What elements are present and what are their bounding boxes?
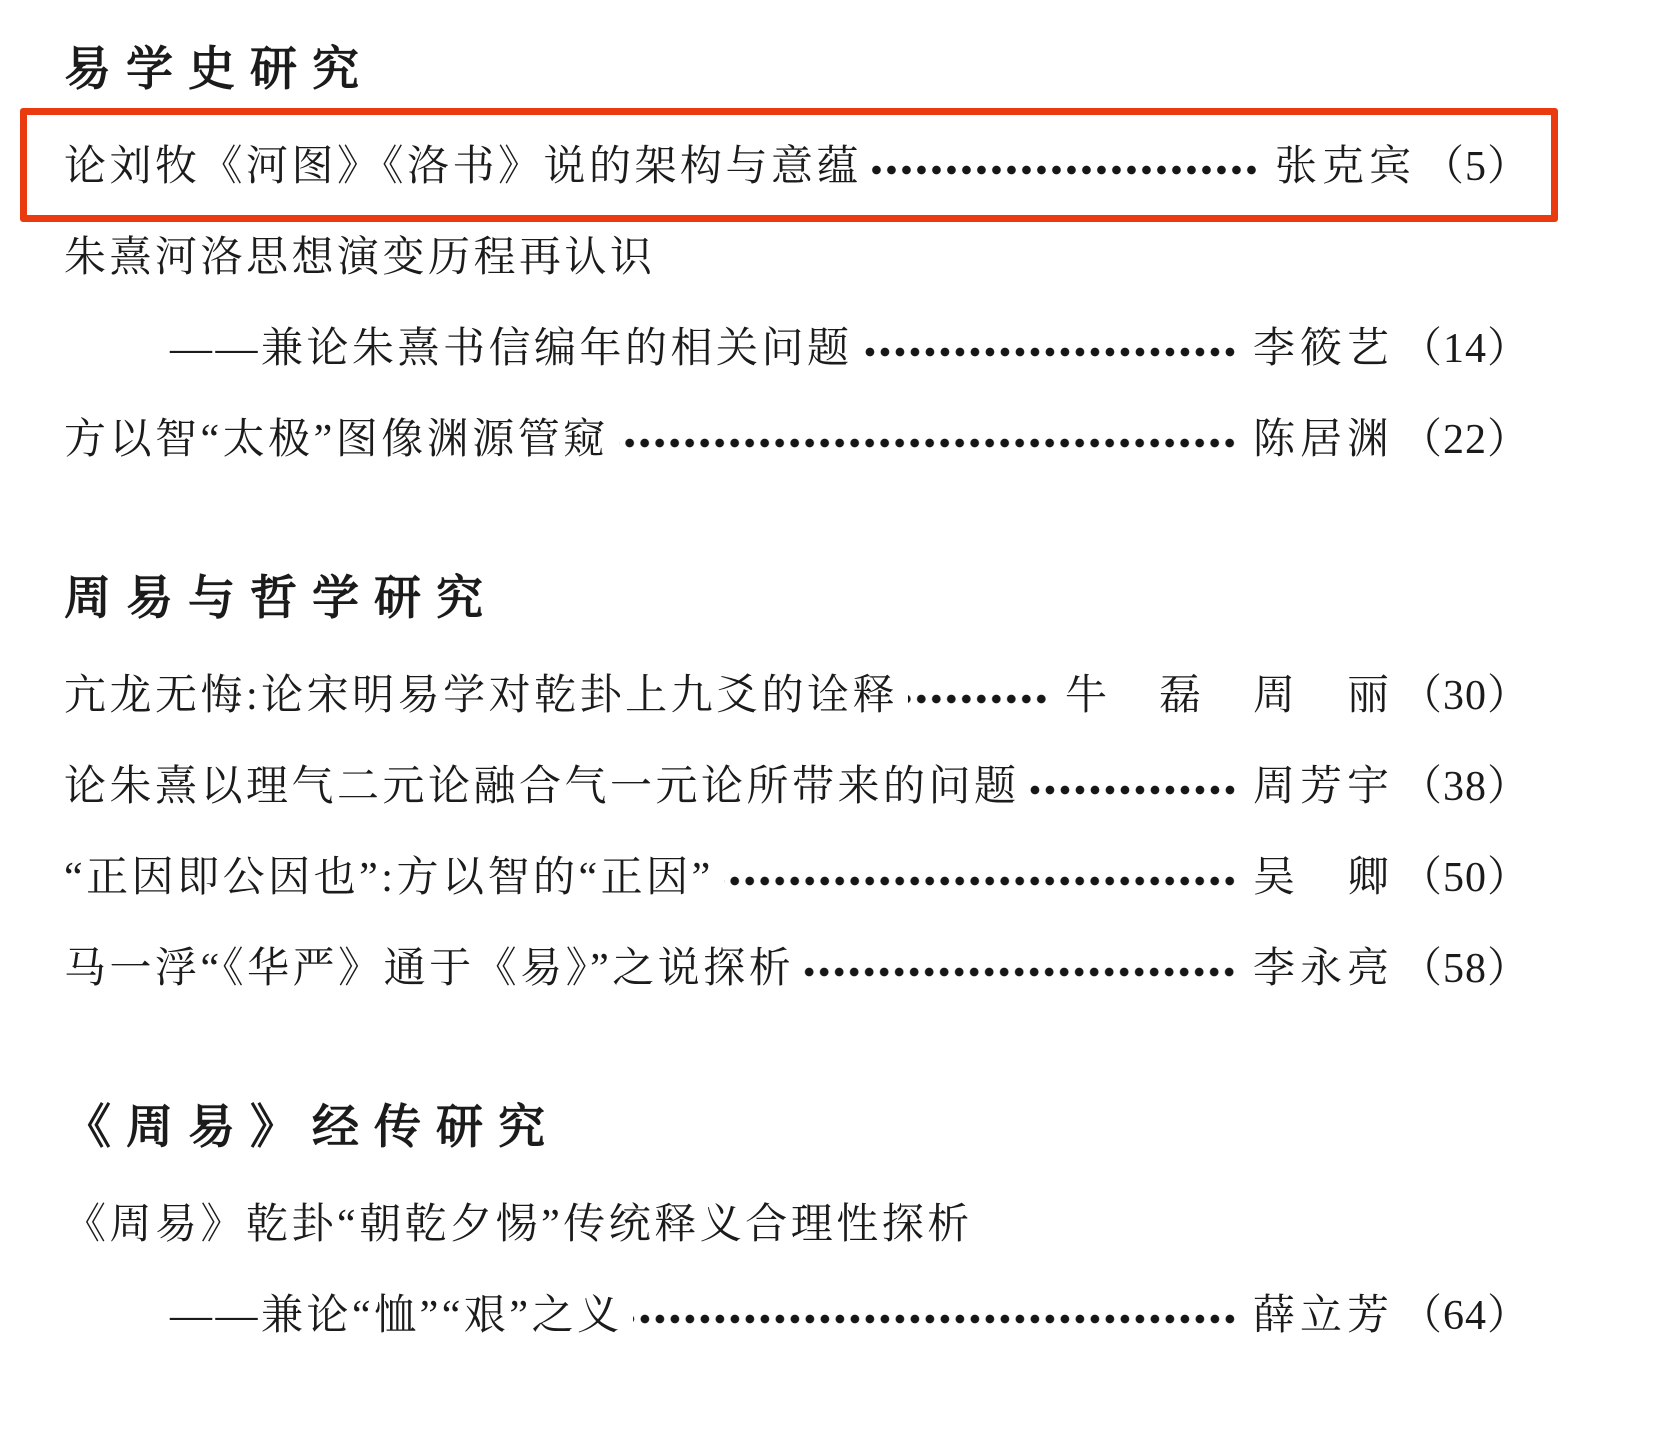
- section-zhouyi-classics: 《周易》经传研究 《周易》乾卦“朝乾夕惕”传统释义合理性探析 ——兼论“恤”“艰…: [64, 1102, 1530, 1345]
- dot-leader: [619, 437, 1237, 449]
- toc-entry: 论朱熹以理气二元论融合气一元论所带来的问题 周芳宇 （38）: [64, 758, 1530, 816]
- dot-leader: [1030, 784, 1237, 796]
- entry-title: 《周易》乾卦“朝乾夕惕”传统释义合理性探析: [64, 1196, 973, 1254]
- entry-title: 马一浮“《华严》通于《易》”之说探析: [64, 940, 794, 998]
- entry-author: 牛 磊 周 丽: [1065, 667, 1394, 725]
- toc-page: 易学史研究 论刘牧《河图》《洛书》说的架构与意蕴 张克宾 （5） 朱熹河洛思想演…: [0, 0, 1662, 1443]
- entry-page-number: （30）: [1400, 667, 1530, 725]
- entry-page-number: （58）: [1400, 940, 1530, 998]
- entry-title: 论刘牧《河图》《洛书》说的架构与意蕴: [64, 138, 862, 196]
- entry-title: 朱熹河洛思想演变历程再认识: [64, 229, 656, 287]
- toc-entry: 《周易》乾卦“朝乾夕惕”传统释义合理性探析: [64, 1196, 1530, 1254]
- toc-entry-highlighted: 论刘牧《河图》《洛书》说的架构与意蕴 张克宾 （5）: [64, 138, 1530, 196]
- entry-author: 李永亮: [1253, 940, 1394, 998]
- entry-subtitle: ——兼论“恤”“艰”之义: [170, 1287, 623, 1345]
- entry-title: 论朱熹以理气二元论融合气一元论所带来的问题: [64, 758, 1020, 816]
- entry-subtitle: ——兼论朱熹书信编年的相关问题: [170, 320, 853, 378]
- entry-page-number: （5）: [1422, 138, 1530, 196]
- dot-leader: [863, 346, 1237, 358]
- entry-author: 李筱艺: [1253, 320, 1394, 378]
- toc-entry: “正因即公因也”:方以智的“正因” 吴 卿 （50）: [64, 849, 1530, 907]
- entry-author: 薛立芳: [1253, 1287, 1394, 1345]
- entry-title: 亢龙无悔:论宋明易学对乾卦上九爻的诠释: [64, 667, 898, 725]
- entry-page-number: （64）: [1400, 1287, 1530, 1345]
- section-header: 《周易》经传研究: [64, 1102, 1530, 1154]
- entry-author: 陈居渊: [1253, 411, 1394, 469]
- dot-leader: [724, 875, 1237, 887]
- entry-page-number: （38）: [1400, 758, 1530, 816]
- dot-leader: [633, 1313, 1237, 1325]
- entry-author: 周芳宇: [1253, 758, 1394, 816]
- entry-author: 吴 卿: [1253, 849, 1394, 907]
- entry-page-number: （14）: [1400, 320, 1530, 378]
- section-zhouyi-philosophy: 周易与哲学研究 亢龙无悔:论宋明易学对乾卦上九爻的诠释 牛 磊 周 丽 （30）…: [64, 573, 1530, 998]
- toc-entry: 朱熹河洛思想演变历程再认识: [64, 229, 1530, 287]
- dot-leader: [804, 966, 1237, 978]
- entry-title: “正因即公因也”:方以智的“正因”: [64, 849, 714, 907]
- toc-entry-subtitle: ——兼论“恤”“艰”之义 薛立芳 （64）: [64, 1287, 1530, 1345]
- entry-page-number: （50）: [1400, 849, 1530, 907]
- toc-entry: 马一浮“《华严》通于《易》”之说探析 李永亮 （58）: [64, 940, 1530, 998]
- toc-entry: 方以智“太极”图像渊源管窥 陈居渊 （22）: [64, 411, 1530, 469]
- section-header: 周易与哲学研究: [64, 573, 1530, 625]
- dot-leader: [908, 693, 1049, 705]
- entry-title: 方以智“太极”图像渊源管窥: [64, 411, 609, 469]
- section-yixue-history: 易学史研究 论刘牧《河图》《洛书》说的架构与意蕴 张克宾 （5） 朱熹河洛思想演…: [64, 44, 1530, 469]
- toc-entry-subtitle: ——兼论朱熹书信编年的相关问题 李筱艺 （14）: [64, 320, 1530, 378]
- section-header: 易学史研究: [64, 44, 1530, 96]
- entry-author: 张克宾: [1275, 138, 1416, 196]
- toc-entry: 亢龙无悔:论宋明易学对乾卦上九爻的诠释 牛 磊 周 丽 （30）: [64, 667, 1530, 725]
- dot-leader: [872, 164, 1259, 176]
- entry-page-number: （22）: [1400, 411, 1530, 469]
